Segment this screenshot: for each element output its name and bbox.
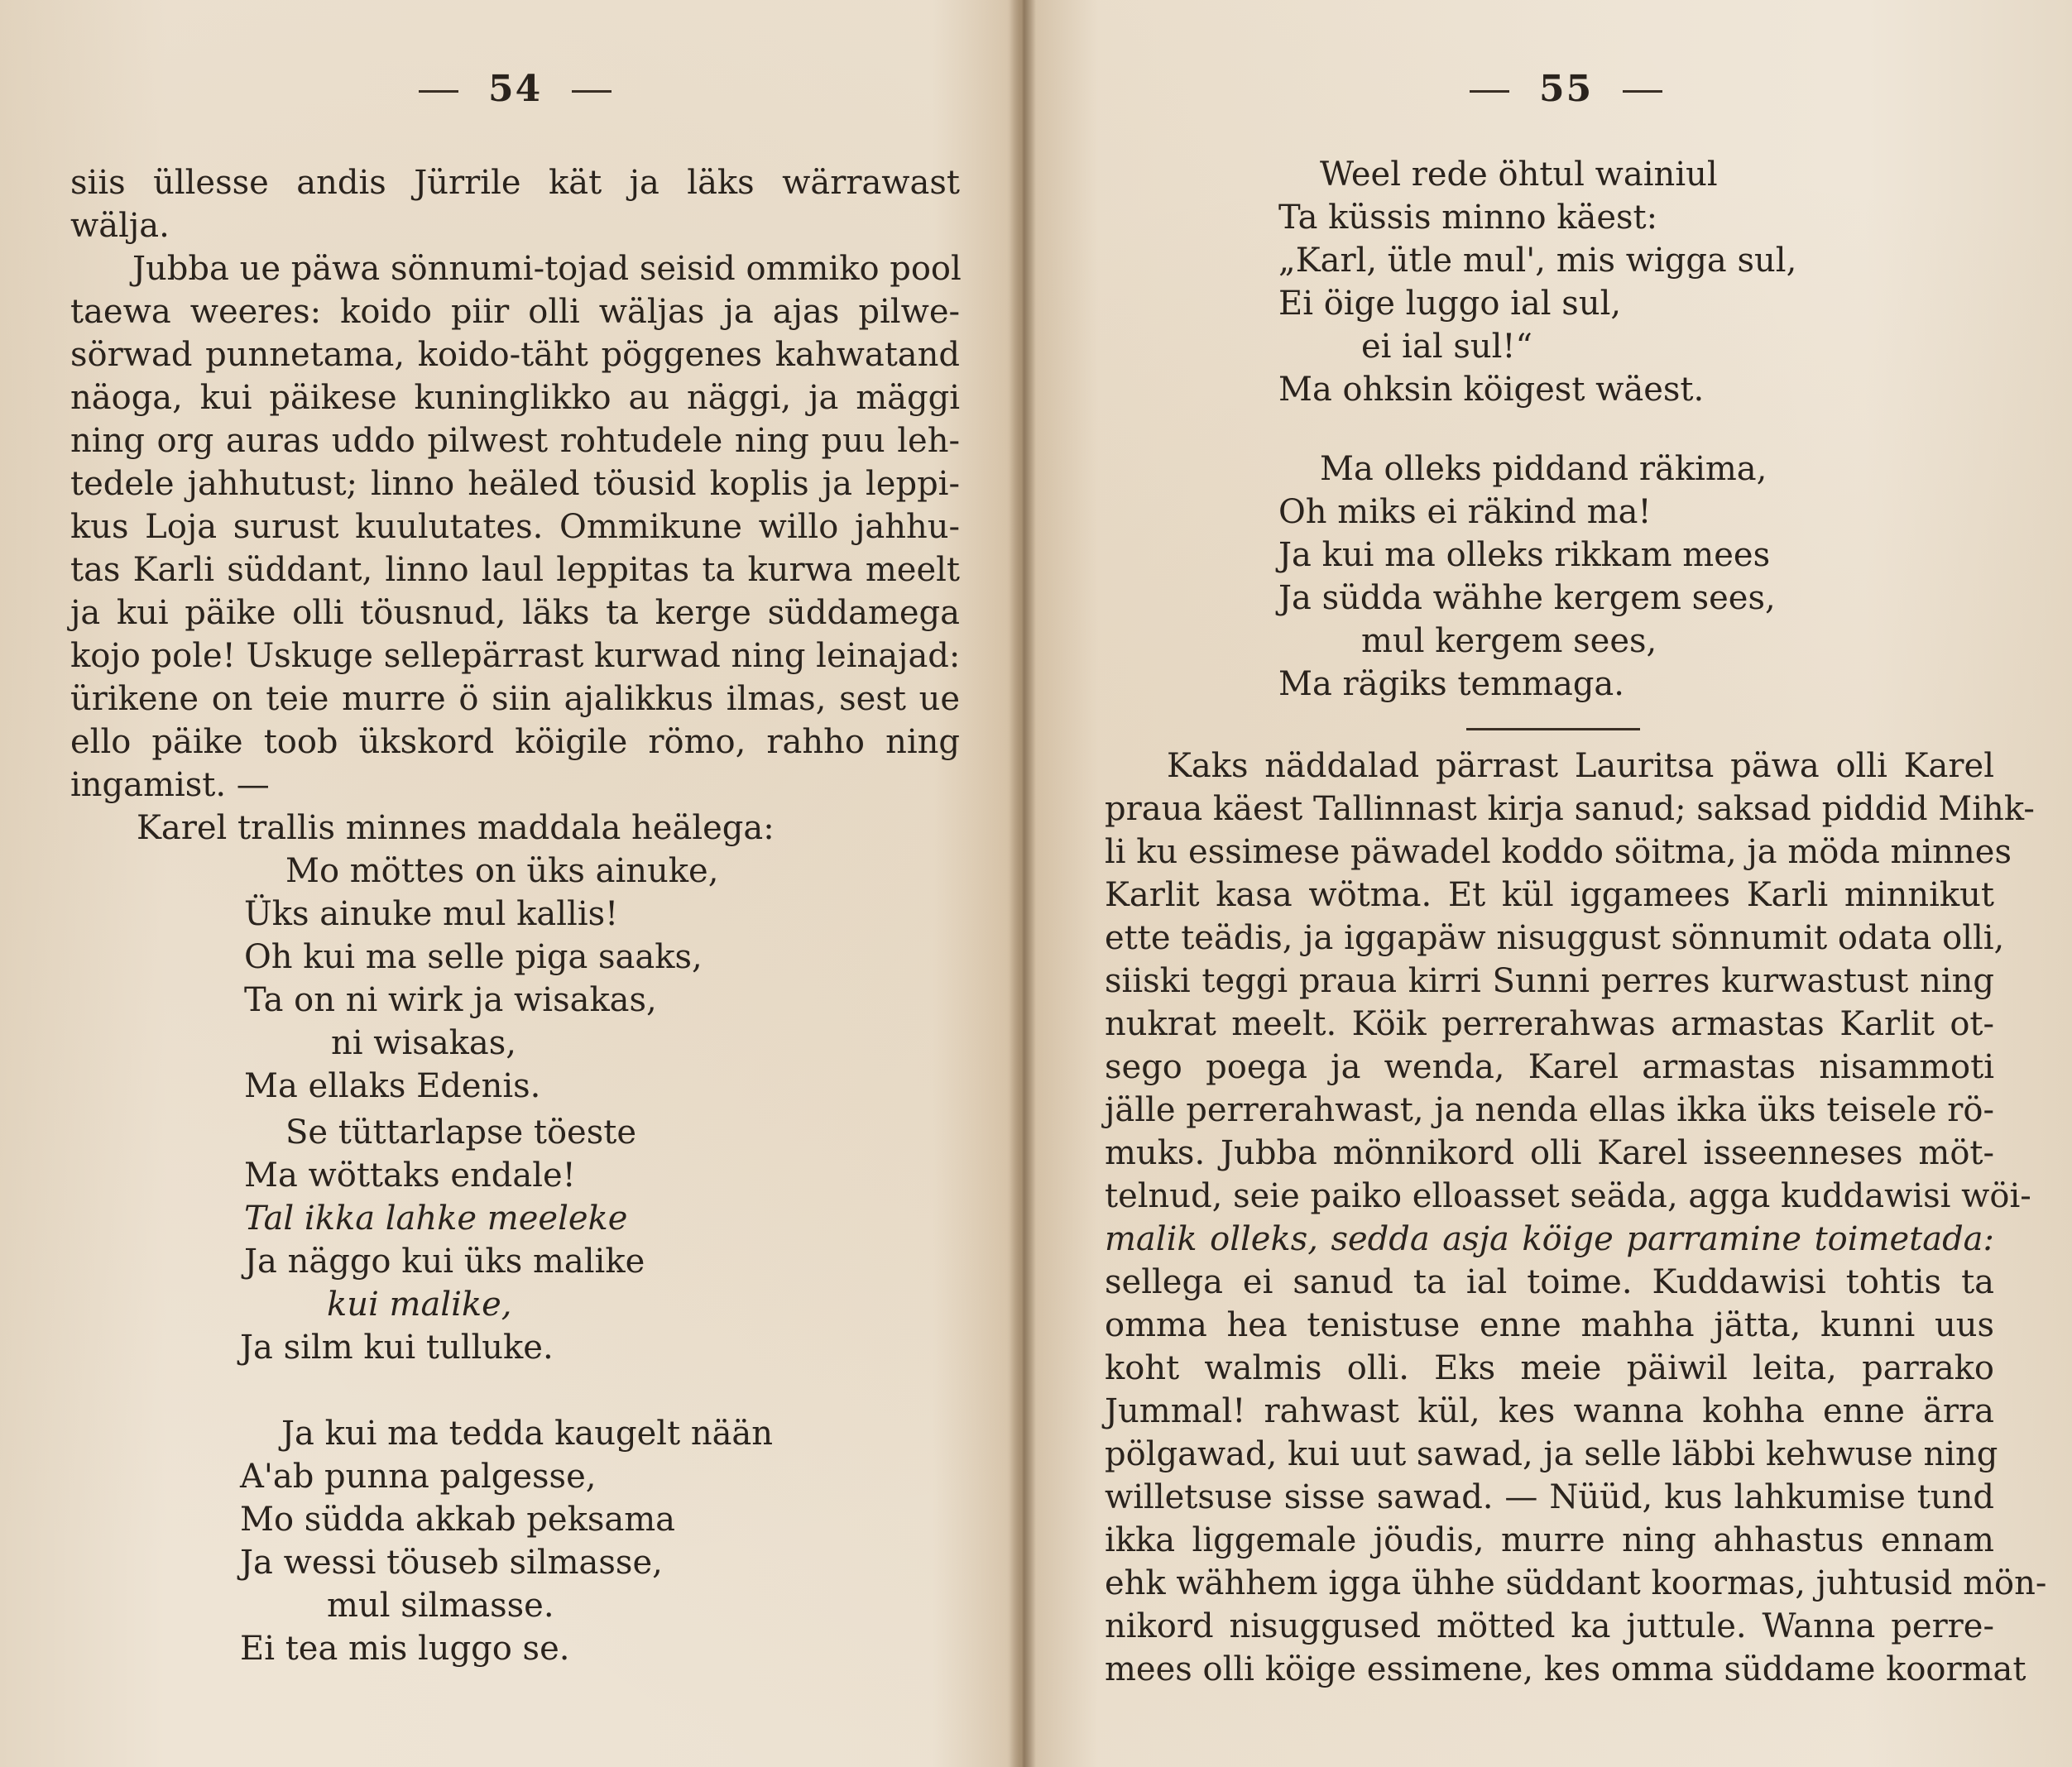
right-page-number: 55	[1440, 68, 1692, 110]
text-line: Karlit kasa wötma. Et kül iggamees Karli…	[1105, 874, 1994, 917]
text-line: tedele jahhutust; linno heäled töusid ko…	[70, 462, 960, 505]
verse-line: Weel rede öhtul wainiul	[1320, 153, 1718, 196]
text-line: Kaks näddalad pärrast Lauritsa päwa olli…	[1167, 745, 1994, 788]
verse-line: Ta on ni wirk ja wisakas,	[244, 979, 657, 1022]
text-line: tas Karli süddant, linno laul leppitas t…	[70, 548, 960, 591]
text-line: taewa weeres: koido piir olli wäljas ja …	[70, 290, 960, 333]
text-line: sörwad punnetama, koido-täht pöggenes ka…	[70, 333, 960, 376]
verse-line: Ma ohksin köigest wäest.	[1278, 368, 1704, 411]
text-line: Jummal! rahwast kül, kes wanna kohha enn…	[1105, 1390, 1994, 1433]
text-line: ikka liggemale jöudis, murre ning ahhast…	[1105, 1519, 1994, 1562]
text-line: koht walmis olli. Eks meie päiwil leita,…	[1105, 1347, 1994, 1390]
text-line: näoga, kui päikese kuninglikko au näggi,…	[70, 376, 960, 419]
text-line: ehk wähhem igga ühhe süddant koormas, ju…	[1105, 1562, 1994, 1605]
text-line: ja kui päike olli töusnud, läks ta kerge…	[70, 591, 960, 634]
verse-line: Ja kui ma olleks rikkam mees	[1278, 534, 1770, 577]
text-line: wälja.	[70, 204, 960, 247]
verse-line: A'ab punna palgesse,	[240, 1455, 596, 1498]
text-line: ürikene on teie murre ö siin ajalikkus i…	[70, 678, 960, 721]
text-line: li ku essimese päwadel koddo söitma, ja …	[1105, 831, 1994, 874]
verse-line: Ja näggo kui üks malike	[244, 1240, 645, 1283]
verse-line: Ma olleks piddand räkima,	[1320, 448, 1767, 491]
verse-line: Ta küssis minno käest:	[1278, 196, 1657, 239]
text-line: pölgawad, kui uut sawad, ja selle läbbi …	[1105, 1433, 1994, 1476]
text-line: nukrat meelt. Köik perrerahwas armastas …	[1105, 1003, 1994, 1046]
verse-line: Ei tea mis luggo se.	[240, 1627, 569, 1670]
verse-line: Ja südda wähhe kergem sees,	[1278, 577, 1776, 620]
text-line: sego poega ja wenda, Karel armastas nisa…	[1105, 1046, 1994, 1089]
text-line: ette teädis, ja iggapäw nisuggust sönnum…	[1105, 917, 1994, 960]
verse-line: ei ial sul!“	[1361, 325, 1532, 368]
verse-line: Ma ellaks Edenis.	[244, 1065, 540, 1108]
folio-dash	[419, 90, 458, 93]
text-line: praua käest Tallinnast kirja sanud; saks…	[1105, 788, 1994, 831]
folio-dash	[1470, 90, 1509, 93]
left-page: 54 siis üllesse andis Jürrile kät ja läk…	[0, 0, 1019, 1767]
verse-line: Ei öige luggo ial sul,	[1278, 282, 1621, 325]
text-line: telnud, seie paiko elloasset seäda, agga…	[1105, 1175, 1994, 1218]
book-spread: 54 siis üllesse andis Jürrile kät ja läk…	[0, 0, 2072, 1767]
verse-line: Ma rägiks temmaga.	[1278, 663, 1624, 706]
text-line: omma hea tenistuse enne mahha jätta, kun…	[1105, 1304, 1994, 1347]
verse-line: Ja wessi töuseb silmasse,	[240, 1541, 663, 1584]
verse-line: Oh miks ei räkind ma!	[1278, 491, 1652, 534]
text-line: kojo pole! Uskuge sellepärrast kurwad ni…	[70, 634, 960, 678]
verse-line: Üks ainuke mul kallis!	[244, 893, 618, 936]
verse-line: „Karl, ütle mul', mis wigga sul,	[1278, 239, 1796, 282]
verse-line: Tal ikka lahke meeleke	[244, 1197, 627, 1240]
verse-line: kui malike,	[327, 1283, 512, 1326]
text-line: kus Loja surust kuulutates. Ommikune wil…	[70, 505, 960, 548]
verse-line: ni wisakas,	[331, 1022, 516, 1065]
text-line: sellega ei sanud ta ial toime. Kuddawisi…	[1105, 1261, 1994, 1304]
verse-line: Ja silm kui tulluke.	[240, 1326, 554, 1369]
text-line: malik olleks, sedda asja köige parramine…	[1105, 1218, 1994, 1261]
verse-line: Oh kui ma selle piga saaks,	[244, 936, 703, 979]
verse-line: mul silmasse.	[327, 1584, 554, 1627]
song-intro-line: Karel trallis minnes maddala heälega:	[137, 807, 775, 850]
verse-line: Mo möttes on üks ainuke,	[285, 850, 718, 893]
text-line: jälle perrerahwast, ja nenda ellas ikka …	[1105, 1089, 1994, 1132]
verse-line: Ma wöttaks endale!	[244, 1154, 576, 1197]
verse-line: Ja kui ma tedda kaugelt nään	[281, 1412, 773, 1455]
text-line: siiski teggi praua kirri Sunni perres ku…	[1105, 960, 1994, 1003]
folio-dash	[1623, 90, 1662, 93]
folio-dash	[572, 90, 612, 93]
text-line: ello päike toob ükskord köigile römo, ra…	[70, 721, 960, 764]
text-line: mees olli köige essimene, kes omma südda…	[1105, 1648, 1994, 1691]
text-line: willetsuse sisse sawad. — Nüüd, kus lahk…	[1105, 1476, 1994, 1519]
text-line: Jubba ue päwa sönnumi-tojad seisid ommik…	[132, 247, 960, 290]
left-page-number: 54	[389, 68, 641, 110]
text-line: ingamist. —	[70, 764, 960, 807]
section-divider-rule	[1466, 728, 1640, 730]
text-line: muks. Jubba mönnikord olli Karel isseenn…	[1105, 1132, 1994, 1175]
verse-line: Se tüttarlapse töeste	[285, 1111, 636, 1154]
verse-line: mul kergem sees,	[1361, 620, 1657, 663]
text-line: nikord nisuggused mötted ka juttule. Wan…	[1105, 1605, 1994, 1648]
text-line: siis üllesse andis Jürrile kät ja läks w…	[70, 161, 960, 204]
verse-line: Mo südda akkab peksama	[240, 1498, 675, 1541]
text-line: ning org auras uddo pilwest rohtudele ni…	[70, 419, 960, 462]
